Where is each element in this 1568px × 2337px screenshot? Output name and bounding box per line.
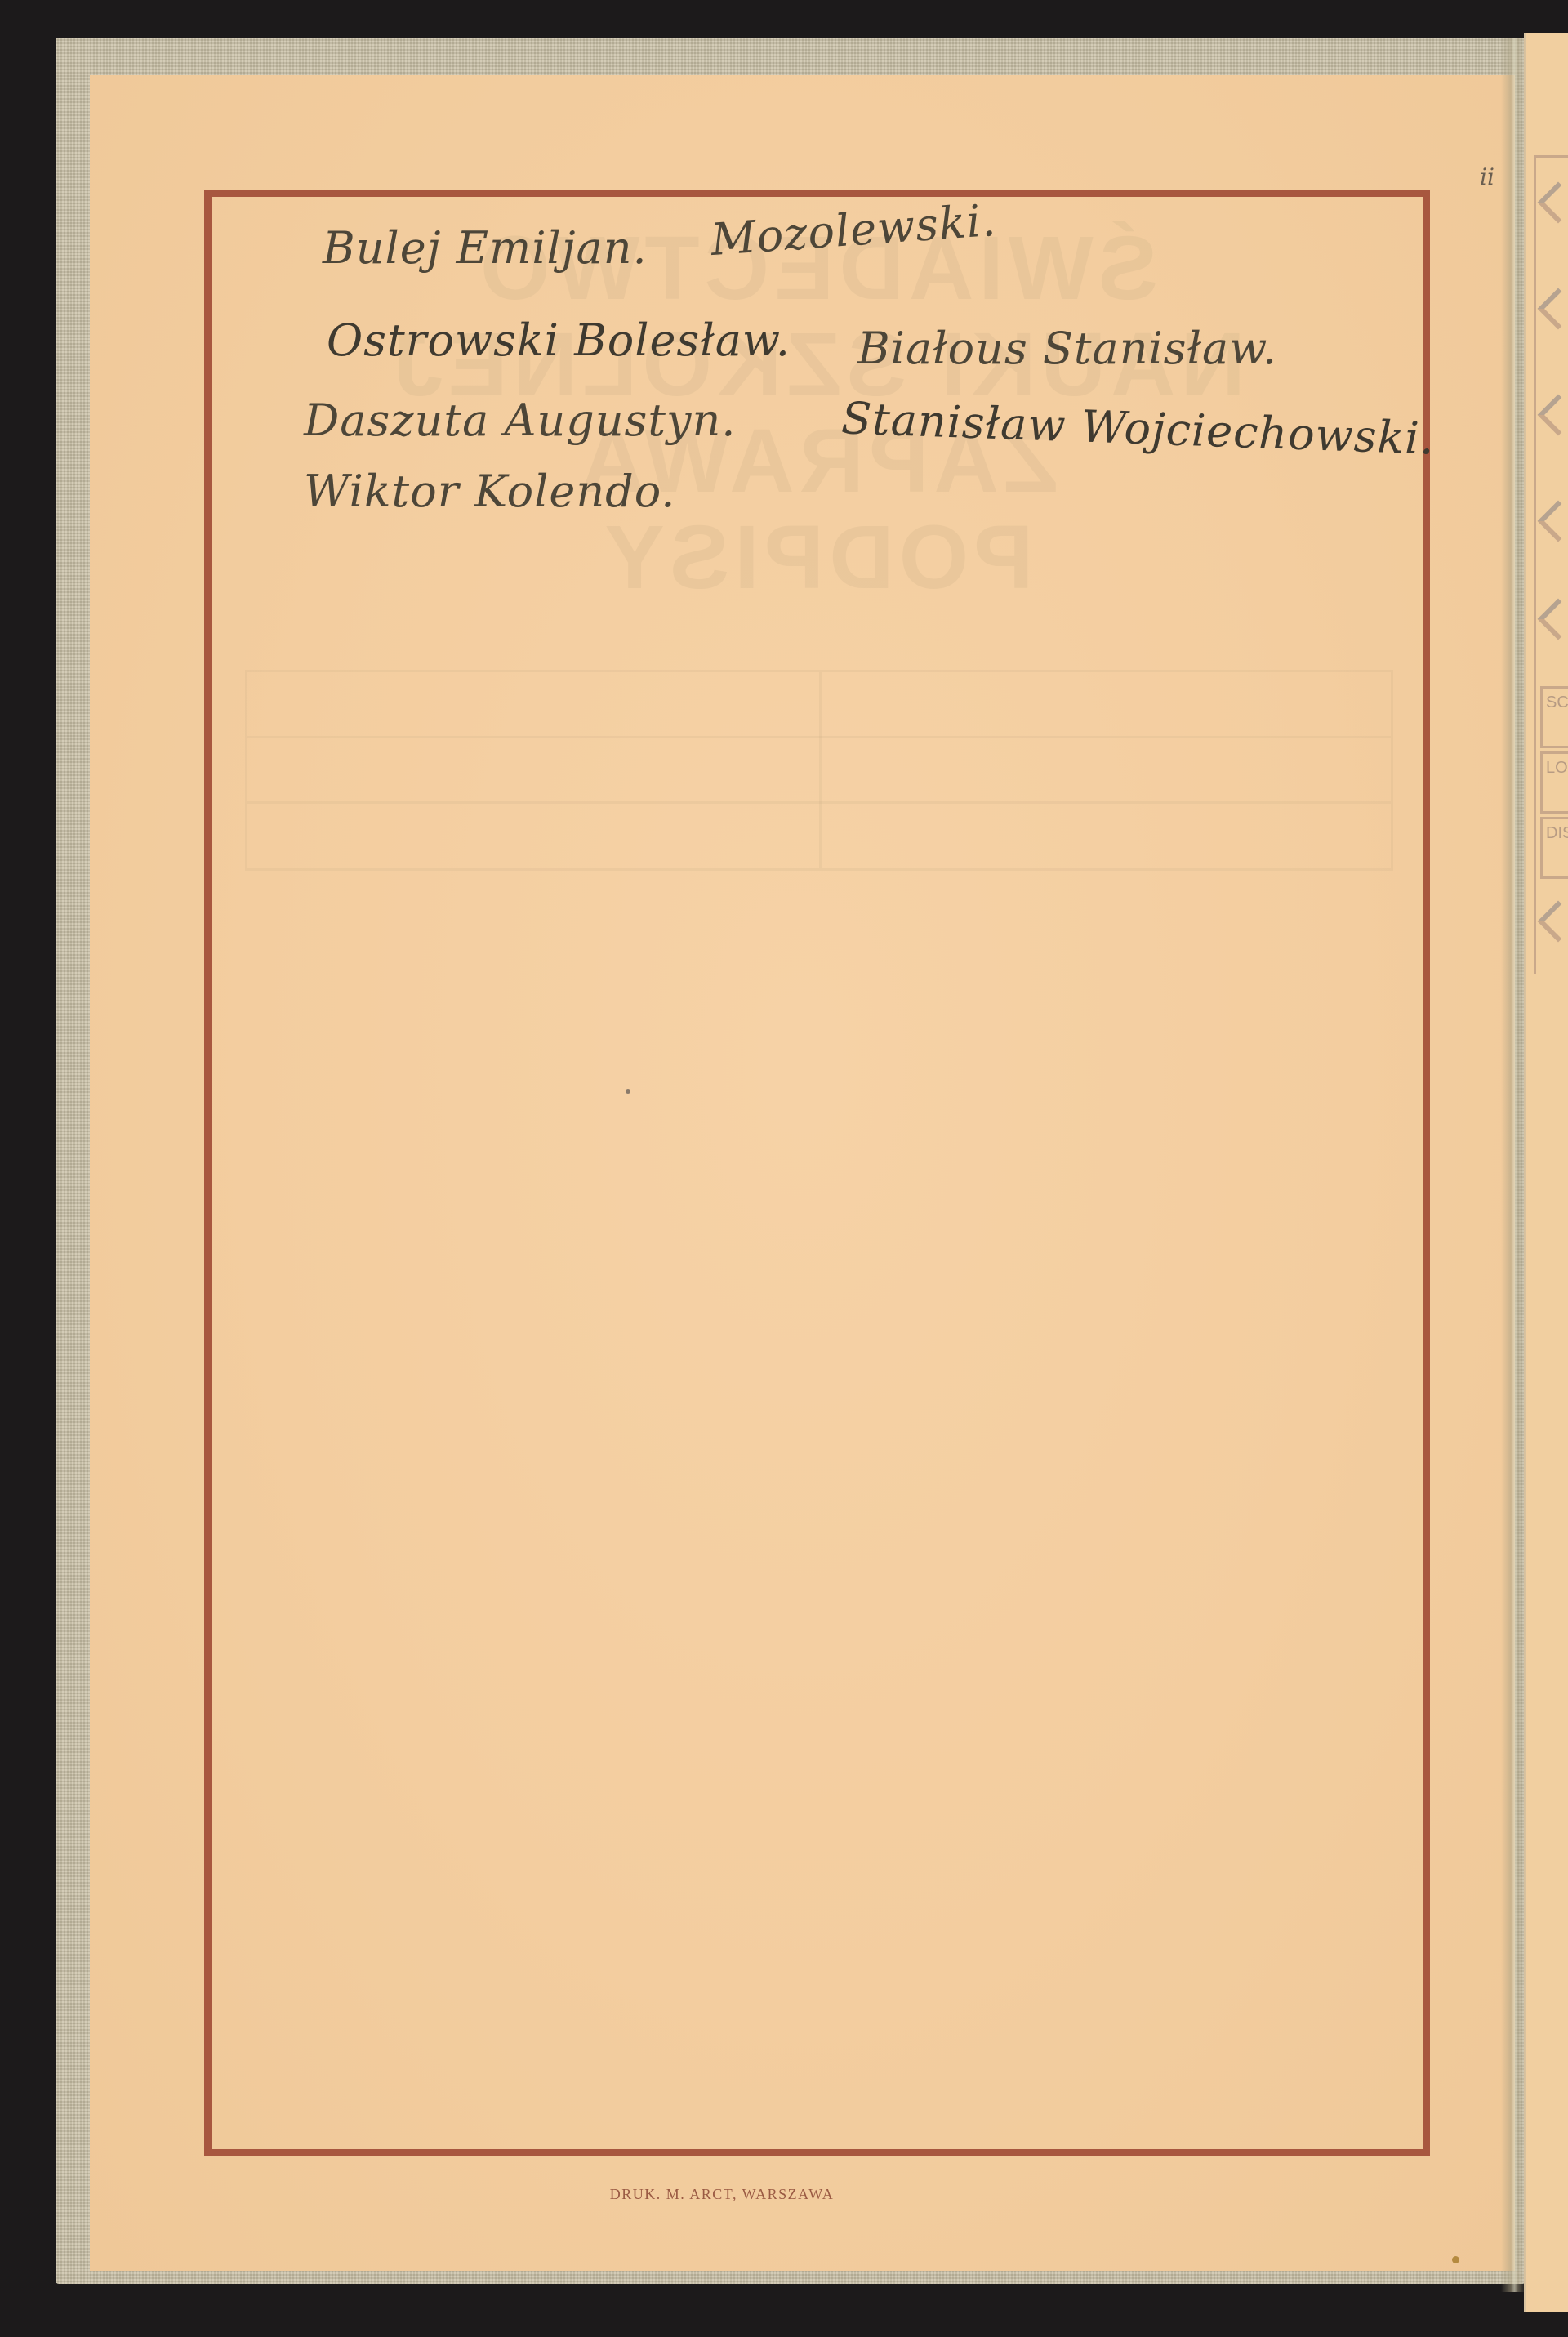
next-page-label: DIST POW [1540,817,1568,879]
foxing-spot [1452,2256,1459,2263]
foxing-spot [626,1089,630,1094]
page-number-mark: ii [1480,163,1494,190]
handwritten-entry: Wiktor Kolendo. [304,466,675,517]
handwritten-entry: Daszuta Augustyn. [304,395,736,446]
handwritten-entry: Ostrowski Bolesław. [327,314,791,366]
next-page-label: LOC MIE [1540,751,1568,814]
handwritten-entry: Białous Stanisław. [857,323,1277,374]
printer-imprint-text: DRUK. M. ARCT, WARSZAWA [610,2186,834,2202]
gutter-shadow [1501,38,1526,2292]
next-page-label: SCHO SZKO [1540,686,1568,748]
next-page-edge: SCHO SZKO LOC MIE DIST POW [1524,33,1568,2312]
printer-imprint: DRUK. M. ARCT, WARSZAWA [0,2186,1568,2203]
handwritten-entry: Bulej Emiljan. [323,222,648,274]
